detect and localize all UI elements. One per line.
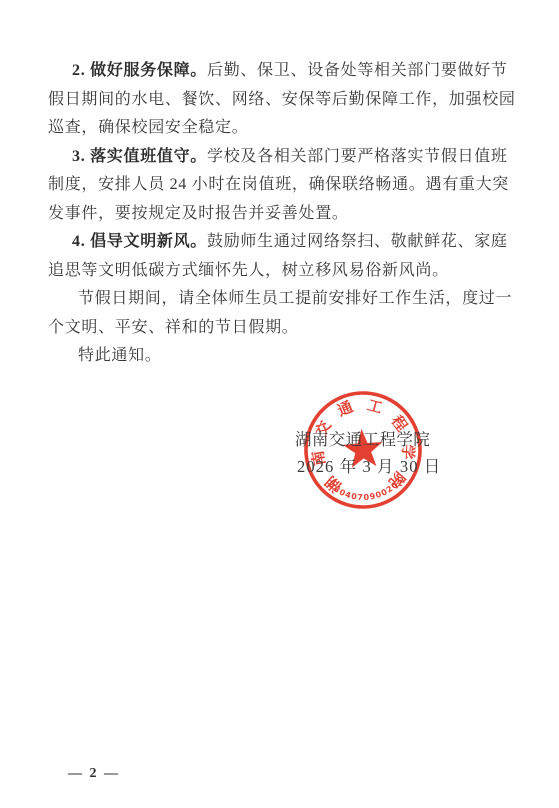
seal-serial-digit: 7: [357, 493, 363, 502]
closing-line: 特此通知。: [48, 342, 520, 371]
paragraph-3-text: 学校及各相关部门要严格落实节假日值班: [207, 148, 508, 165]
signature-date: 2026 年 3 月 30 日: [297, 453, 441, 477]
paragraph-2-text: 后勤、保卫、设备处等相关部门要做好节: [207, 62, 508, 79]
paragraph-3-line-3: 发事件，要按规定及时报告并妥善处置。: [48, 200, 520, 229]
paragraph-3-heading: 3. 落实值班值守。: [72, 148, 207, 165]
signature-organization: 湖南交通工程学院: [295, 426, 430, 450]
document-page: 2. 做好服务保障。后勤、保卫、设备处等相关部门要做好节 假日期间的水电、餐饮、…: [0, 0, 559, 808]
paragraph-2-line-1: 2. 做好服务保障。后勤、保卫、设备处等相关部门要做好节: [48, 57, 520, 86]
official-seal: 湖南交通工程学院 4304070900203: [278, 365, 449, 536]
paragraph-4-line-1: 4. 倡导文明新风。鼓励师生通过网络祭扫、敬献鲜花、家庭: [48, 228, 520, 257]
paragraph-2-heading: 2. 做好服务保障。: [72, 62, 207, 79]
seal-ring-char: 工: [365, 398, 384, 417]
paragraph-5-line-2: 个文明、平安、祥和的节日假期。: [48, 314, 520, 343]
paragraph-4-heading: 4. 倡导文明新风。: [72, 233, 207, 250]
notice-body: 2. 做好服务保障。后勤、保卫、设备处等相关部门要做好节 假日期间的水电、餐饮、…: [48, 57, 520, 371]
paragraph-5-line-1: 节假日期间，请全体师生员工提前安排好工作生活，度过一: [48, 285, 520, 314]
page-number: — 2 —: [68, 766, 120, 782]
paragraph-2-line-2: 假日期间的水电、餐饮、网络、安保等后勤保障工作，加强校园: [48, 86, 520, 115]
paragraph-4-text: 鼓励师生通过网络祭扫、敬献鲜花、家庭: [207, 233, 508, 250]
paragraph-3-line-1: 3. 落实值班值守。学校及各相关部门要严格落实节假日值班: [48, 143, 520, 172]
paragraph-2-line-3: 巡查，确保校园安全稳定。: [48, 114, 520, 143]
paragraph-3-line-2: 制度，安排人员 24 小时在岗值班，确保联络畅通。遇有重大突: [48, 171, 520, 200]
paragraph-4-line-2: 追思等文明低碳方式缅怀先人，树立移风易俗新风尚。: [48, 257, 520, 286]
